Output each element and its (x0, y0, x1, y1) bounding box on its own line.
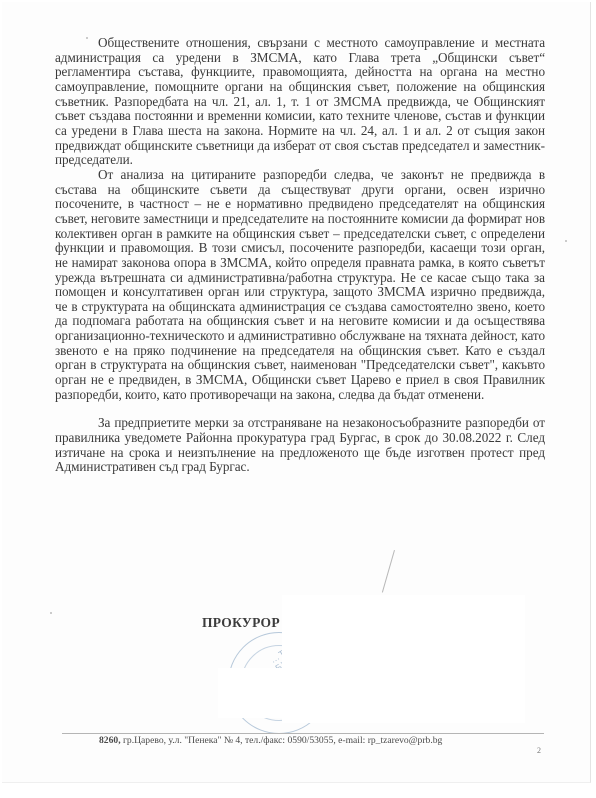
stamp-redaction-mask (218, 668, 284, 718)
paragraph-deadline: За предприетите мерки за отстраняване на… (55, 416, 545, 475)
scan-speck (565, 240, 567, 242)
paragraph-legal-framework: Обществените отношения, свързани с местн… (55, 36, 545, 168)
scan-speck (50, 612, 52, 614)
footer-address: гр.Царево, у.л. "Пенека" № 4, тел./факс:… (121, 735, 443, 746)
footer-postal-code: 8260, (99, 735, 121, 746)
signature-title: ПРОКУРОР (202, 615, 280, 631)
footer-divider (62, 733, 544, 734)
document-page: Обществените отношения, свързани с местн… (2, 2, 591, 783)
paragraph-analysis: От анализа на цитираните разпоредби след… (55, 168, 545, 403)
footer-contact: 8260, гр.Царево, у.л. "Пенека" № 4, тел.… (99, 735, 442, 746)
pen-stroke-mark (382, 550, 395, 593)
scan-speck (86, 37, 88, 39)
letter-body: Обществените отношения, свързани с местн… (55, 36, 545, 475)
page-number: 2 (537, 746, 541, 755)
name-redaction-block (282, 595, 525, 723)
